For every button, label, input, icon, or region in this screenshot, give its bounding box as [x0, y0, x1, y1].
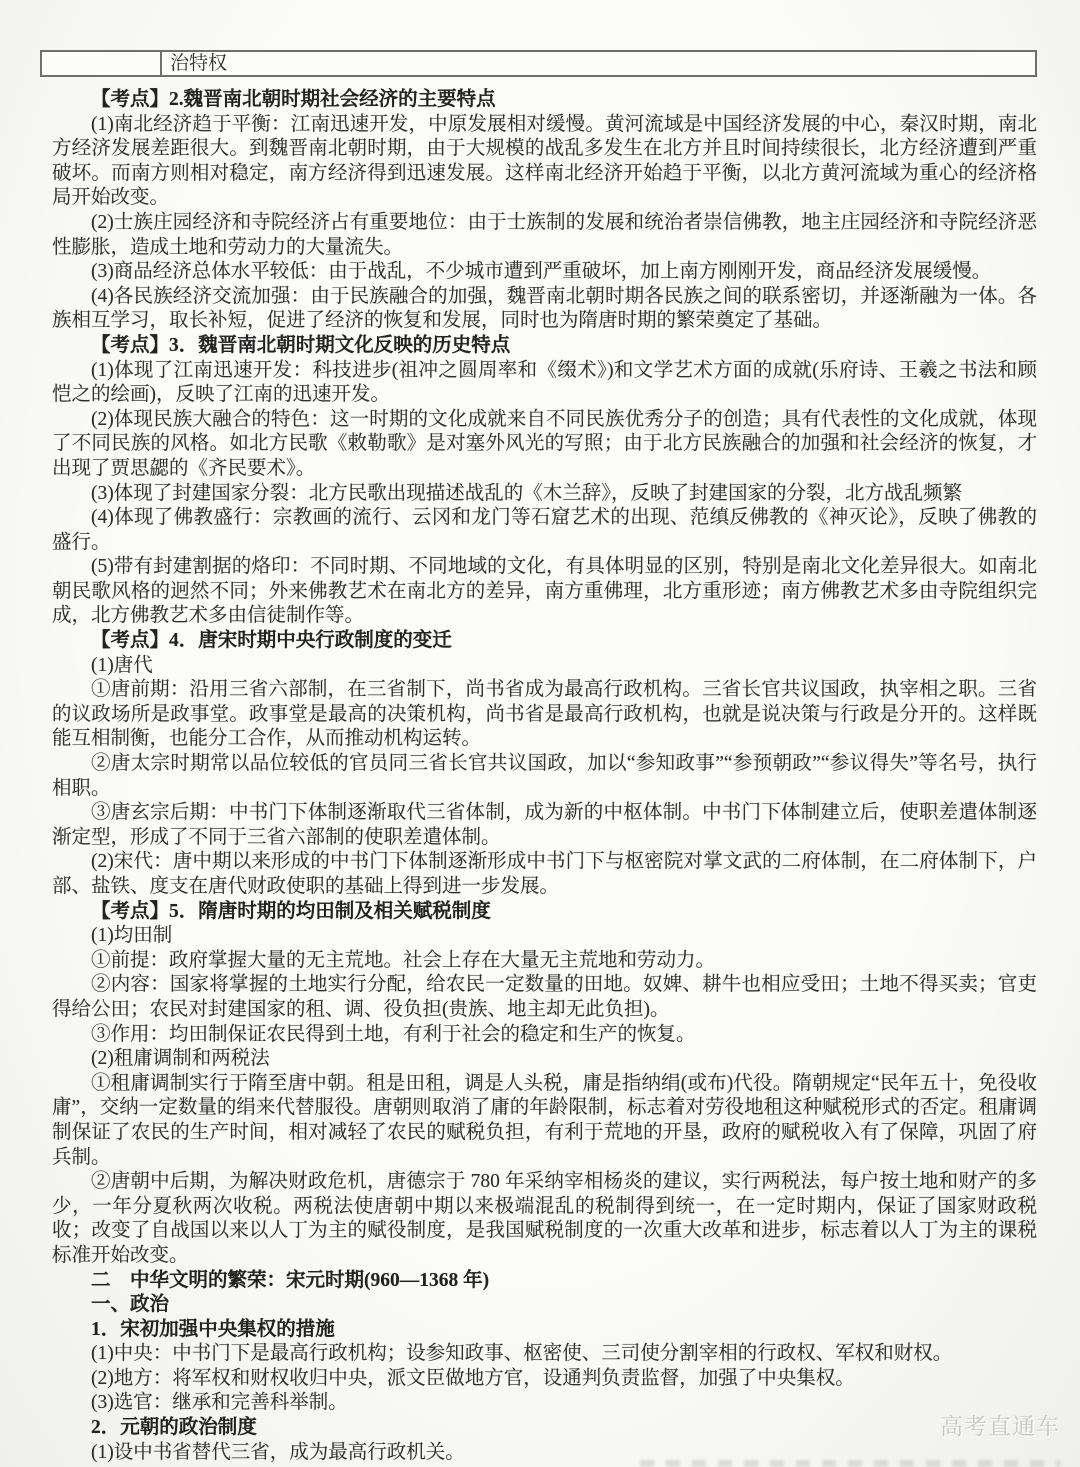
watermark-text: 高考直通车: [940, 1408, 1060, 1441]
heading-paragraph: 2．元朝的政治制度: [52, 1416, 1037, 1441]
body-paragraph: ③唐玄宗后期：中书门下体制逐渐取代三省体制，成为新的中枢体制。中书门下体制建立后…: [52, 801, 1037, 850]
scanned-document-page: 治特权 【考点】2.魏晋南北朝时期社会经济的主要特点(1)南北经济趋于平衡：江南…: [0, 0, 1080, 1467]
body-paragraph: ③作用：均田制保证农民得到土地，有利于社会的稳定和生产的恢复。: [52, 1023, 1037, 1048]
body-paragraph: (2)地方：将军权和财权收归中央，派文臣做地方官，设通判负责监督，加强了中央集权…: [52, 1367, 1037, 1392]
body-paragraph: (2)士族庄园经济和寺院经济占有重要地位：由于士族制的发展和统治者崇信佛教，地主…: [52, 211, 1037, 260]
body-paragraph: (1)中央：中书门下是最高行政机构；设参知政事、枢密使、三司使分割宰相的行政权、…: [52, 1342, 1037, 1367]
table-fragment-row: 治特权: [40, 50, 1037, 77]
body-paragraph: (3)体现了封建国家分裂：北方民歌出现描述战乱的《木兰辞》，反映了封建国家的分裂…: [52, 482, 1037, 507]
body-paragraph: ②唐太宗时期常以品位较低的官员同三省长官共议国政，加以“参知政事”“参预朝政”“…: [52, 752, 1037, 801]
document-body: 【考点】2.魏晋南北朝时期社会经济的主要特点(1)南北经济趋于平衡：江南迅速开发…: [52, 88, 1037, 1465]
scan-artifact: [640, 1460, 1060, 1467]
body-paragraph: (5)带有封建割据的烙印：不同时期、不同地域的文化，有具体明显的区别，特别是南北…: [52, 555, 1037, 629]
heading-paragraph: 二 中华文明的繁荣：宋元时期(960—1368 年): [52, 1269, 1037, 1294]
body-paragraph: ②内容：国家将掌握的土地实行分配，给农民一定数量的田地。奴婢、耕牛也相应受田；土…: [52, 973, 1037, 1022]
body-paragraph: (1)均田制: [52, 924, 1037, 949]
heading-paragraph: 【考点】3．魏晋南北朝时期文化反映的历史特点: [52, 334, 1037, 359]
body-paragraph: (4)各民族经济交流加强：由于民族融合的加强，魏晋南北朝时期各民族之间的联系密切…: [52, 285, 1037, 334]
body-paragraph: (3)商品经济总体水平较低：由于战乱，不少城市遭到严重破坏，加上南方刚刚开发，商…: [52, 260, 1037, 285]
body-paragraph: (2)体现民族大融合的特色：这一时期的文化成就来自不同民族优秀分子的创造；具有代…: [52, 408, 1037, 482]
body-paragraph: (3)选官：继承和完善科举制。: [52, 1391, 1037, 1416]
body-paragraph: ①租庸调制实行于隋至唐中朝。租是田租，调是人头税，庸是指纳绢(或布)代役。隋朝规…: [52, 1072, 1037, 1170]
body-paragraph: (2)宋代：唐中期以来形成的中书门下体制逐渐形成中书门下与枢密院对掌文武的二府体…: [52, 850, 1037, 899]
heading-paragraph: 【考点】4．唐宋时期中央行政制度的变迁: [52, 629, 1037, 654]
table-cell-text: 治特权: [162, 52, 1035, 75]
body-paragraph: (1)南北经济趋于平衡：江南迅速开发，中原发展相对缓慢。黄河流域是中国经济发展的…: [52, 113, 1037, 211]
body-paragraph: ②唐朝中后期，为解决财政危机，唐德宗于 780 年采纳宰相杨炎的建议，实行两税法…: [52, 1170, 1037, 1268]
heading-paragraph: 【考点】5．隋唐时期的均田制及相关赋税制度: [52, 900, 1037, 925]
body-paragraph: (4)体现了佛教盛行：宗教画的流行、云冈和龙门等石窟艺术的出现、范缜反佛教的《神…: [52, 506, 1037, 555]
body-paragraph: (1)体现了江南迅速开发：科技进步(祖冲之圆周率和《缀术》)和文学艺术方面的成就…: [52, 359, 1037, 408]
body-paragraph: ①唐前期：沿用三省六部制，在三省制下，尚书省成为最高行政机构。三省长官共议国政，…: [52, 678, 1037, 752]
body-paragraph: (1)唐代: [52, 654, 1037, 679]
body-paragraph: ①前提：政府掌握大量的无主荒地。社会上存在大量无主荒地和劳动力。: [52, 949, 1037, 974]
table-cell-empty: [42, 52, 162, 75]
heading-paragraph: 【考点】2.魏晋南北朝时期社会经济的主要特点: [52, 88, 1037, 113]
body-paragraph: (2)租庸调制和两税法: [52, 1047, 1037, 1072]
heading-paragraph: 1．宋初加强中央集权的措施: [52, 1318, 1037, 1343]
heading-paragraph: 一、政治: [52, 1293, 1037, 1318]
